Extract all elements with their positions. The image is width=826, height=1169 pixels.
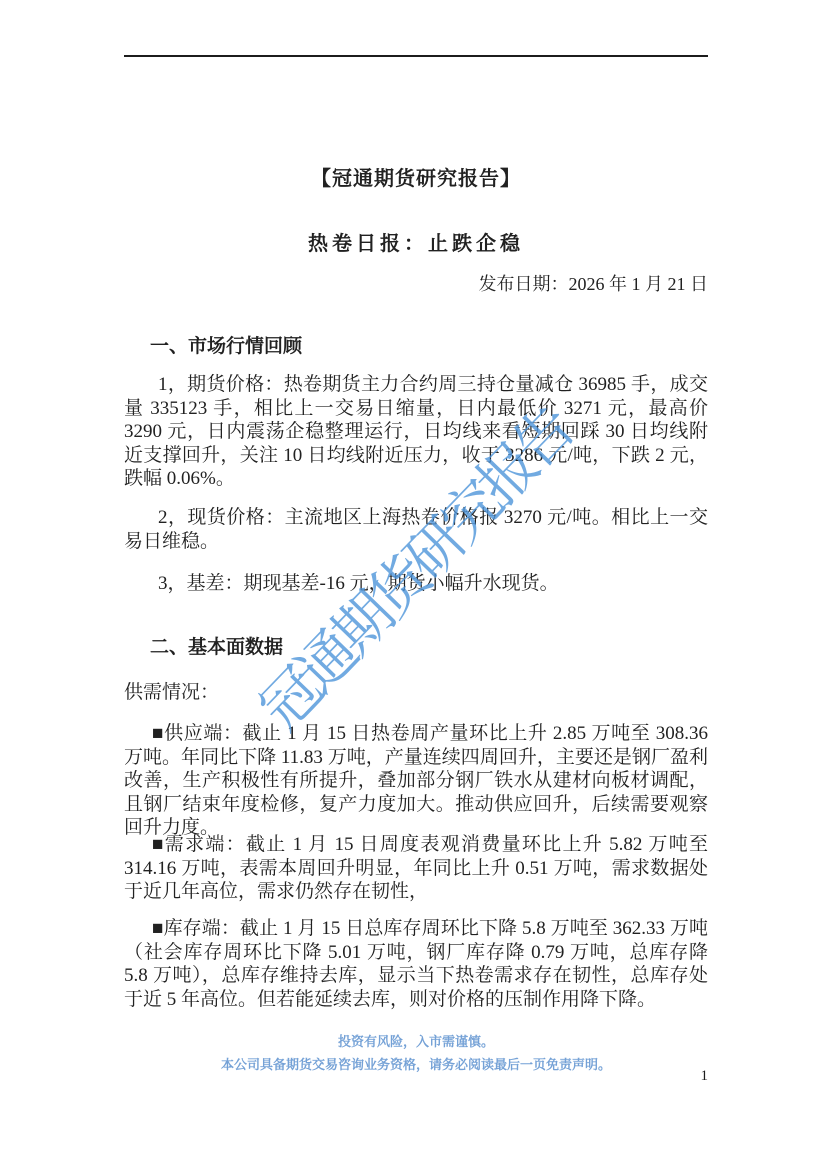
paragraph-futures-price: 1，期货价格：热卷期货主力合约周三持仓量减仓 36985 手，成交量 33512… [124, 373, 708, 491]
report-title: 热卷日报：止跌企稳 [124, 227, 708, 256]
publish-date: 发布日期：2026 年 1 月 21 日 [124, 270, 708, 296]
footer-risk-warning: 投资有风险，入市需谨慎。 [124, 1031, 708, 1050]
paragraph-basis: 3，基差：期现基差-16 元，期货小幅升水现货。 [124, 572, 708, 596]
supply-demand-label: 供需情况： [124, 677, 708, 704]
report-series-title: 【冠通期货研究报告】 [124, 162, 708, 191]
paragraph-supply: ■供应端：截止 1 月 15 日热卷周产量环比上升 2.85 万吨至 308.3… [124, 722, 708, 840]
paragraph-spot-price: 2，现货价格：主流地区上海热卷价格报 3270 元/吨。相比上一交易日维稳。 [124, 506, 708, 553]
paragraph-inventory: ■库存端：截止 1 月 15 日总库存周环比下降 5.8 万吨至 362.33 … [124, 917, 708, 1011]
header-rule [124, 55, 708, 57]
section-heading-fundamentals: 二、基本面数据 [124, 632, 708, 659]
section-heading-market-review: 一、市场行情回顾 [124, 331, 708, 358]
paragraph-demand: ■需求端：截止 1 月 15 日周度表观消费量环比上升 5.82 万吨至 314… [124, 833, 708, 904]
report-page: 【冠通期货研究报告】 热卷日报：止跌企稳 发布日期：2026 年 1 月 21 … [0, 0, 826, 1169]
page-number: 1 [124, 1068, 708, 1085]
